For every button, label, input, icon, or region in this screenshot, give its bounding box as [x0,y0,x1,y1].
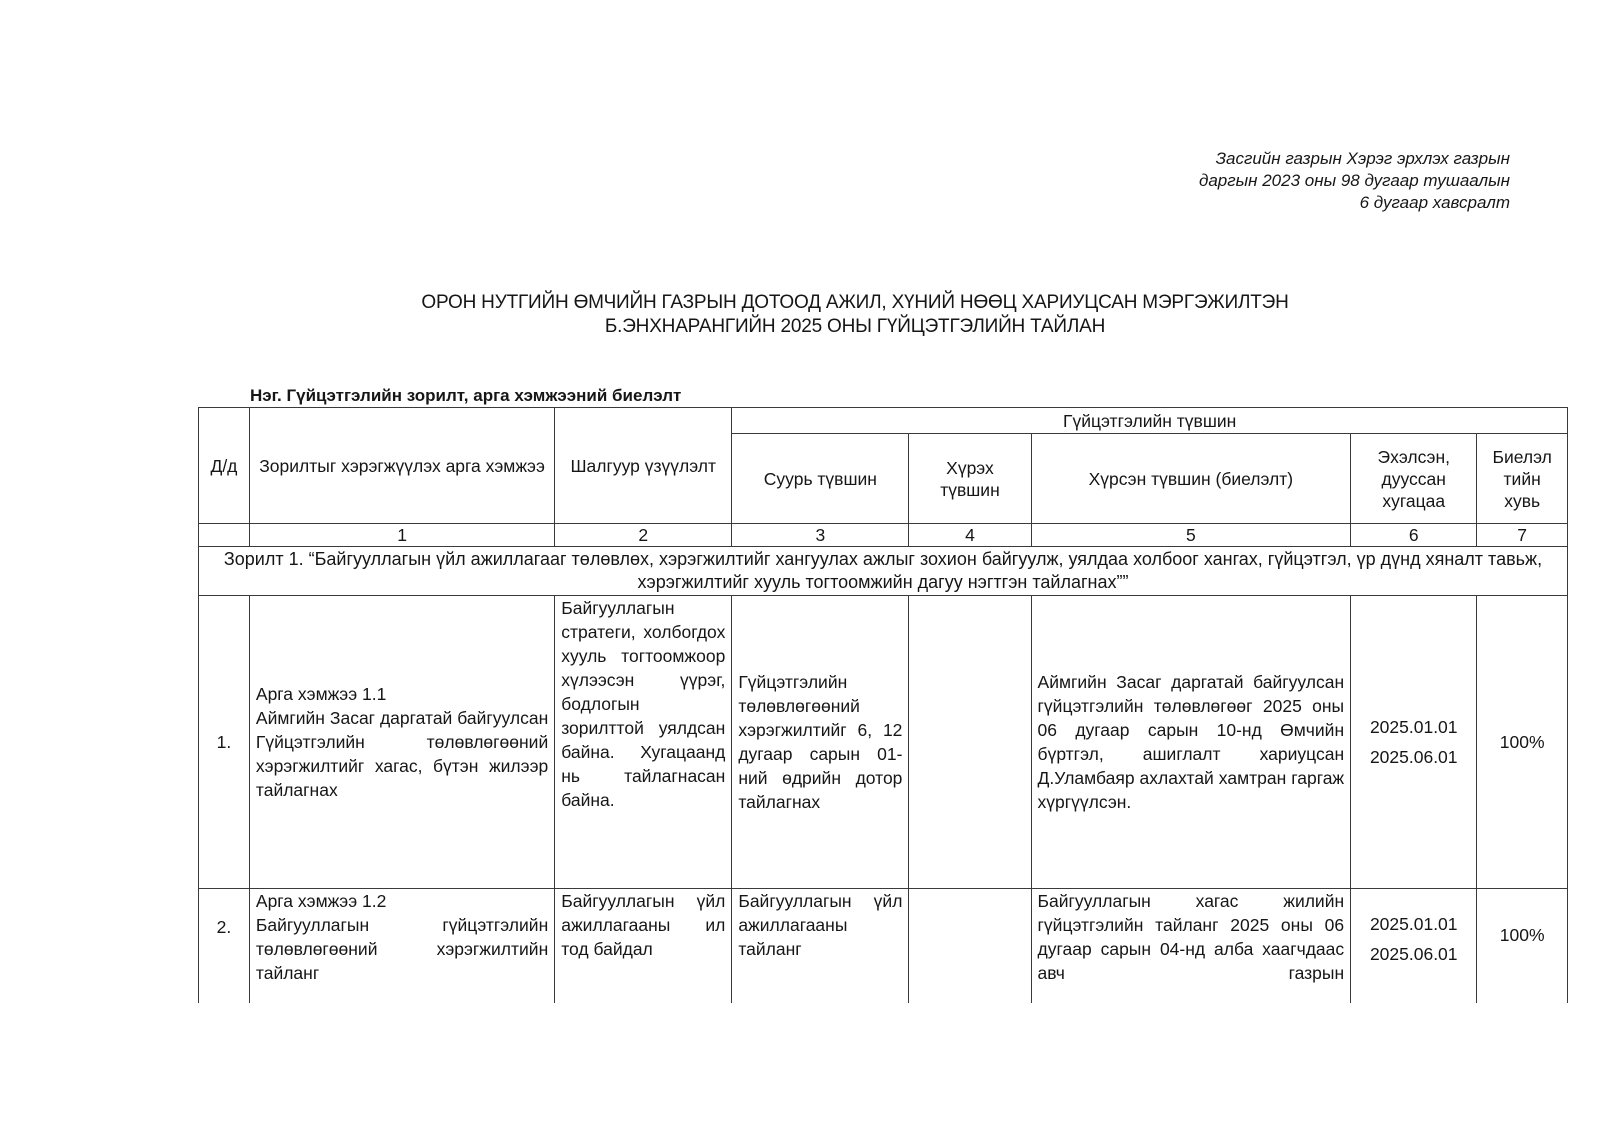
start-date: 2025.01.01 [1357,909,1470,939]
criteria-cell: Байгууллагын стратеги, холбогдох хууль т… [555,596,732,889]
header-completion: Биелэл тийн хувь [1477,434,1568,524]
header-performance-level: Гүйцэтгэлийн түвшин [732,408,1568,434]
header-measure: Зорилтыг хэрэгжүүлэх арга хэмжээ [249,408,554,524]
header-period: Эхэлсэн, дууссан хугацаа [1351,434,1477,524]
page-content-clip: Д/д Зорилтыг хэрэгжүүлэх арга хэмжээ Шал… [0,0,1600,1003]
column-number: 2 [555,524,732,547]
period-cell: 2025.01.01 2025.06.01 [1351,889,1477,1004]
criteria-cell: Байгууллагын үйл ажиллагааны ил тод байд… [555,889,732,1004]
goal-row: Зорилт 1. “Байгууллагын үйл ажиллагааг т… [199,547,1568,596]
column-number: 5 [1031,524,1351,547]
target-cell [909,889,1031,1004]
column-number-row: 1 2 3 4 5 6 7 [199,524,1568,547]
column-number: 3 [732,524,909,547]
header-target: Хүрэх түвшин [909,434,1031,524]
table-row: 2. Арга хэмжээ 1.2 Байгууллагын гүйцэтгэ… [199,889,1568,1004]
table-row: 1. Арга хэмжээ 1.1 Аймгийн Засаг даргата… [199,596,1568,889]
measure-title: Арга хэмжээ 1.1 [256,682,548,706]
end-date: 2025.06.01 [1357,939,1470,969]
completion-cell: 100% [1477,596,1568,889]
completion-cell: 100% [1477,889,1568,1004]
measure-cell: Арга хэмжээ 1.1 Аймгийн Засаг даргатай б… [249,596,554,889]
column-number: 4 [909,524,1031,547]
achieved-cell: Аймгийн Засаг даргатай байгуулсан гүйцэт… [1031,596,1351,889]
performance-table: Д/д Зорилтыг хэрэгжүүлэх арга хэмжээ Шал… [198,407,1568,1003]
row-index: 2. [199,889,250,1004]
column-number-blank [199,524,250,547]
header-criteria: Шалгуур үзүүлэлт [555,408,732,524]
measure-text: Аймгийн Засаг даргатай байгуулсан Гүйцэт… [256,706,548,802]
start-date: 2025.01.01 [1357,712,1470,742]
column-number: 6 [1351,524,1477,547]
baseline-cell: Гүйцэтгэлийн төлөвлөгөөний хэрэгжилтийг … [732,596,909,889]
end-date: 2025.06.01 [1357,742,1470,772]
target-cell [909,596,1031,889]
row-index: 1. [199,596,250,889]
measure-text: Байгууллагын гүйцэтгэлийн төлөвлөгөөний … [256,913,548,985]
column-number: 1 [249,524,554,547]
header-index: Д/д [199,408,250,524]
measure-cell: Арга хэмжээ 1.2 Байгууллагын гүйцэтгэлий… [249,889,554,1004]
period-cell: 2025.01.01 2025.06.01 [1351,596,1477,889]
measure-title: Арга хэмжээ 1.2 [256,889,548,913]
baseline-cell: Байгууллагын үйл ажиллагааны тайланг [732,889,909,1004]
header-baseline: Суурь түвшин [732,434,909,524]
header-achieved: Хүрсэн түвшин (биелэлт) [1031,434,1351,524]
column-number: 7 [1477,524,1568,547]
goal-text: Зорилт 1. “Байгууллагын үйл ажиллагааг т… [199,547,1568,596]
achieved-cell: Байгууллагын хагас жилийн гүйцэтгэлийн т… [1031,889,1351,1004]
